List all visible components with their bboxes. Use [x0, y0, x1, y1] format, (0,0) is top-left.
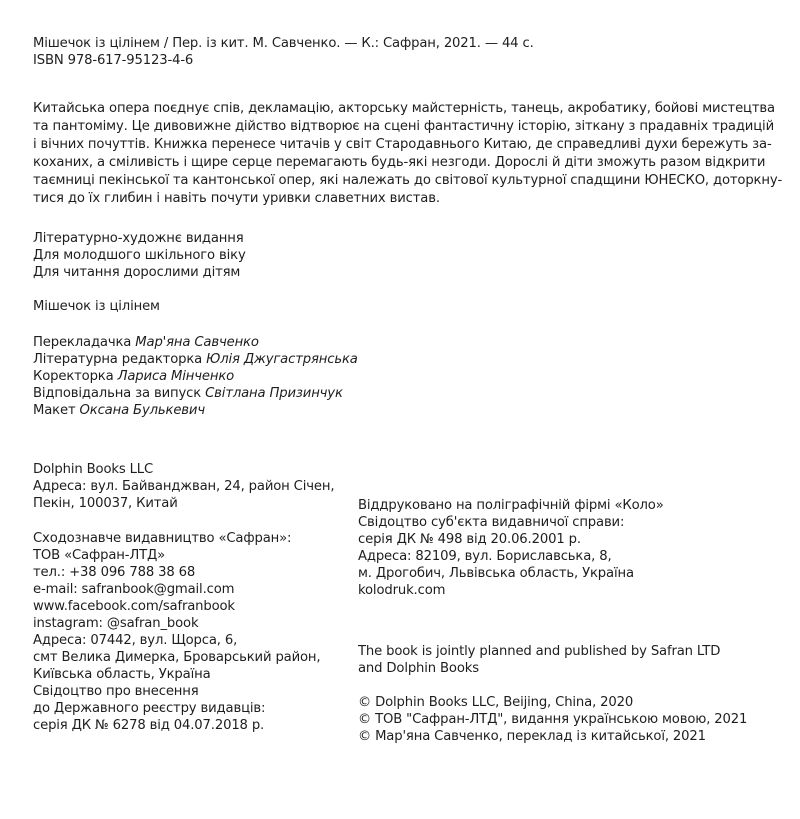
description-line: і вічних почуттів. Книжка перенесе читач…	[33, 136, 782, 154]
credits: Перекладачка Мар'яна Савченко Літературн…	[33, 334, 358, 419]
safran-publisher-info: Сходознавче видавництво «Сафран»: ТОВ «С…	[33, 530, 320, 734]
description-line: та пантоміму. Це дивовижне дійство відтв…	[33, 118, 782, 136]
description-line: тися до їх глибин і навіть почути уривки…	[33, 190, 782, 208]
safran-phone: тел.: +38 096 788 38 68	[33, 564, 320, 581]
joint-publication-note: The book is jointly planned and publishe…	[358, 643, 720, 677]
copyright-notices: © Dolphin Books LLC, Beijing, China, 202…	[358, 694, 747, 745]
dolphin-line: Dolphin Books LLC	[33, 461, 334, 478]
credit-line: Відповідальна за випуск Світлана Призинч…	[33, 385, 358, 402]
credit-name: Лариса Мінченко	[118, 369, 234, 384]
credit-line: Літературна редакторка Юлія Джугастрянсь…	[33, 351, 358, 368]
dolphin-books-info: Dolphin Books LLC Адреса: вул. Байванджв…	[33, 461, 334, 512]
safran-line: смт Велика Димерка, Броварський район,	[33, 649, 320, 666]
credit-name: Мар'яна Савченко	[135, 335, 259, 350]
credit-line: Перекладачка Мар'яна Савченко	[33, 334, 358, 351]
safran-instagram: instagram: @safran_book	[33, 615, 320, 632]
safran-line: до Державного реєстру видавців:	[33, 700, 320, 717]
safran-line: Київська область, Україна	[33, 666, 320, 683]
credit-role: Відповідальна за випуск	[33, 386, 201, 401]
safran-line: Свідоцтво про внесення	[33, 683, 320, 700]
book-title-block: Мішечок із цілінем	[33, 298, 160, 315]
printing-line: серія ДК № 498 від 20.06.2001 р.	[358, 531, 664, 548]
copyright-line: © Dolphin Books LLC, Beijing, China, 202…	[358, 694, 747, 711]
safran-line: Адреса: 07442, вул. Щорса, 6,	[33, 632, 320, 649]
joint-line: The book is jointly planned and publishe…	[358, 643, 720, 660]
description-line: коханих, а сміливість і щире серце перем…	[33, 154, 782, 172]
description-line: таємниці пекінської та кантонської опер,…	[33, 172, 782, 190]
credit-line: Макет Оксана Булькевич	[33, 402, 358, 419]
credit-role: Коректорка	[33, 369, 114, 384]
credit-name: Юлія Джугастрянська	[206, 352, 358, 367]
printing-website: kolodruk.com	[358, 582, 664, 599]
safran-line: серія ДК № 6278 від 04.07.2018 р.	[33, 717, 320, 734]
genre-line: Літературно-художнє видання	[33, 230, 246, 247]
book-description: Китайська опера поєднує спів, декламацію…	[33, 100, 782, 208]
safran-line: Сходознавче видавництво «Сафран»:	[33, 530, 320, 547]
dolphin-line: Пекін, 100037, Китай	[33, 495, 334, 512]
safran-facebook: www.facebook.com/safranbook	[33, 598, 320, 615]
copyright-line: © Мар'яна Савченко, переклад із китайськ…	[358, 728, 747, 745]
isbn: ISBN 978-617-95123-4-6	[33, 52, 534, 69]
safran-email: e-mail: safranbook@gmail.com	[33, 581, 320, 598]
dolphin-line: Адреса: вул. Байванджван, 24, район Січе…	[33, 478, 334, 495]
credit-line: Коректорка Лариса Мінченко	[33, 368, 358, 385]
genre-line: Для читання дорослими дітям	[33, 264, 246, 281]
credit-name: Оксана Булькевич	[80, 403, 205, 418]
printing-line: Адреса: 82109, вул. Бориславська, 8,	[358, 548, 664, 565]
printing-info: Віддруковано на поліграфічній фірмі «Кол…	[358, 497, 664, 599]
credit-role: Макет	[33, 403, 75, 418]
bibliographic-header: Мішечок із цілінем / Пер. із кит. М. Сав…	[33, 35, 534, 69]
edition-genre: Літературно-художнє видання Для молодшог…	[33, 230, 246, 281]
safran-line: ТОВ «Сафран-ЛТД»	[33, 547, 320, 564]
joint-line: and Dolphin Books	[358, 660, 720, 677]
book-title: Мішечок із цілінем	[33, 298, 160, 315]
credit-role: Літературна редакторка	[33, 352, 202, 367]
printing-line: Свідоцтво суб'єкта видавничої справи:	[358, 514, 664, 531]
credit-role: Перекладачка	[33, 335, 131, 350]
copyright-line: © ТОВ "Сафран-ЛТД", видання українською …	[358, 711, 747, 728]
credit-name: Світлана Призинчук	[205, 386, 343, 401]
printing-line: м. Дрогобич, Львівська область, Україна	[358, 565, 664, 582]
description-line: Китайська опера поєднує спів, декламацію…	[33, 100, 782, 118]
genre-line: Для молодшого шкільного віку	[33, 247, 246, 264]
printing-line: Віддруковано на поліграфічній фірмі «Кол…	[358, 497, 664, 514]
bibliographic-line: Мішечок із цілінем / Пер. із кит. М. Сав…	[33, 35, 534, 52]
